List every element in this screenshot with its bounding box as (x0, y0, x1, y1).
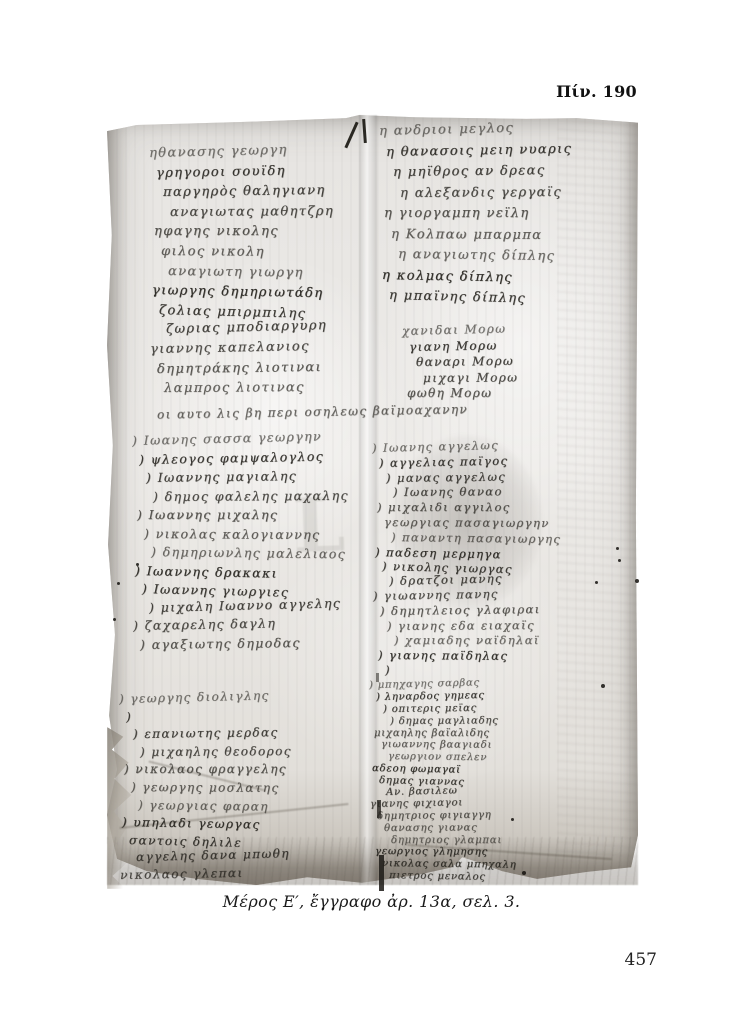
handwriting-line: λαμπρος λιοτινας (164, 381, 399, 395)
handwriting-block-left-top: ηθανασης γεωργηγρηγοροι σουϊδηπαργηρὸς θ… (149, 147, 399, 395)
handwriting-line: ) γεωργης μοσλατης (131, 781, 399, 795)
ink-speck (117, 582, 120, 585)
handwriting-line: θανασης γιανας (384, 822, 604, 833)
handwriting-line: ) γεωργιας φαραη (138, 799, 399, 814)
handwriting-line: δημητριος γλαμπαι (391, 836, 604, 846)
handwriting-line: η μηϊθρος αν δρεας (393, 163, 629, 179)
handwriting-line: φωθη Μορω (407, 387, 612, 399)
manuscript-scan: L ηθανασης γεωργηγρηγοροι σουϊδηπαργηρὸς… (107, 115, 638, 885)
handwriting-line: φιλος νικολη (161, 245, 399, 259)
handwriting-line: μιχαγι Μορω (423, 370, 612, 383)
handwriting-line: ) οπιτερις μεϊας (383, 702, 604, 715)
handwriting-block-left-list: ) Ιωανης σασσα γεωργην) ψλεογος φαμψαλογ… (132, 435, 402, 651)
plate-number: Πίν. 190 (0, 82, 637, 101)
handwriting-line: ) Ιωαννης δρακακι (135, 565, 402, 582)
handwriting-line: παργηρὸς θαληγιανη (163, 183, 399, 199)
handwriting-line: ) Ιωανης σασσα γεωργην (132, 428, 402, 447)
handwriting-line: ) δημηριωνλης μαλελιαος (151, 546, 402, 562)
handwriting-line: γεωργιας πασαγιωργην (384, 517, 612, 530)
ink-speck (635, 579, 639, 583)
handwriting-line: νικολαος γλεπαι (120, 864, 399, 881)
handwriting-line: γιανη Μορω (409, 337, 612, 353)
handwriting-line: ) μιχαηλης θεοδορος (140, 744, 399, 758)
handwriting-line: χανιδαι Μορω (402, 320, 612, 337)
handwriting-line: ) υπηλαδι γεωργας (122, 816, 399, 833)
page-number: 457 (0, 950, 657, 970)
handwriting-line: η Κολπαω μπαρμπα (391, 228, 629, 242)
handwriting-line: ) Ιωανης αγγελως (372, 437, 612, 454)
handwriting-block-right-bottom: ) μπηχαγης σαρβας) ληναρδος γημεας) οπιτ… (369, 681, 604, 881)
handwriting-line: ) μιχαλιδι αγγιλος (377, 502, 612, 514)
handwriting-line: ) Ιωαννης μιχαλης (137, 509, 402, 522)
handwriting-line: γιωαννης βααγιαδι (381, 740, 604, 751)
handwriting-line: αναγιωτας μαθητζρη (170, 204, 399, 218)
handwriting-block-right-top: η ανδριοι μεγλοςη θανασοις μειη νυαριςη … (379, 125, 629, 302)
handwriting-line: η γιοργαμπη νεϊλη (384, 207, 629, 220)
handwriting-line: ) γιανης παϊδηλας (378, 650, 612, 663)
handwriting-line: ) γιωαννης πανης (373, 587, 612, 603)
handwriting-line: ) δημος φαλελης μαχαλης (153, 489, 402, 503)
handwriting-line: γιωργης δημηριωτάδη (152, 284, 399, 302)
ink-speck (616, 547, 619, 550)
handwriting-line: η κολμας δίπλης (382, 269, 629, 287)
handwriting-line: ) αγαξιωτης δημοδας (140, 635, 402, 651)
handwriting-line: δημητριος φιγιαγγη (377, 809, 604, 822)
book-page: { "palette": { "page_bg": "#ffffff", "pa… (0, 0, 743, 1027)
handwriting-line: ) χαμιαδης ναϊδηλαϊ (394, 635, 612, 647)
handwriting-line: ηφαγης νικολης (154, 225, 399, 238)
ink-speck (618, 559, 621, 562)
handwriting-line: ζωριας μποδιαργυρη (166, 318, 399, 337)
handwriting-line: ) αγγελιας παϊγος (379, 454, 612, 470)
handwriting-line: η θανασοις μειη νυαρις (386, 141, 629, 158)
handwriting-line: ) Ιωαννης μαγιαλης (146, 469, 402, 485)
handwriting-line: γιαννης καπελανιος (150, 338, 399, 356)
handwriting-line: αναγιωτη γιωργη (168, 265, 399, 281)
handwriting-line: ) ληναρδος γημεας (376, 689, 604, 703)
handwriting-line: ) ζαχαρελης δαγλη (133, 615, 402, 632)
ink-speck (113, 618, 116, 621)
handwriting-line: γρηγοροι σουϊδη (156, 162, 399, 179)
handwriting-line: ) μανας αγγελως (386, 470, 612, 484)
handwriting-line: μιχαηλης βαϊαλιδης (374, 729, 604, 739)
handwriting-line: θαναρι Μορω (416, 354, 612, 368)
handwriting-line: ) Ιωανης θαναο (393, 486, 612, 499)
handwriting-line: ) γιανης εδα ειαχαϊς (387, 619, 612, 632)
handwriting-line: ) δρατζοι μανης (389, 571, 612, 588)
handwriting-line: ) παναντη πασαγιωργης (391, 532, 612, 546)
handwriting-line: ) ψλεογος φαμψαλογλος (139, 449, 402, 466)
handwriting-block-right-list: ) Ιωανης αγγελως) αγγελιας παϊγος) μανας… (372, 443, 612, 676)
handwriting-line: η αναγιωτης δίπλης (398, 248, 629, 264)
handwriting-line: ) μιχαλη Ιωαννο αγγελης (149, 595, 402, 614)
handwriting-line: ) (126, 706, 399, 723)
handwriting-line: η αλεξανδις γεργαϊς (400, 185, 629, 199)
handwriting-block-right-moro: χανιδαι Μορωγιανη Μορωθαναρι Μορωμιχαγι … (402, 325, 612, 399)
handwriting-block-left-bottom: ) γεωργης διολιγλης)) επανιωτης μερδας) … (119, 693, 399, 881)
handwriting-line: δημητράκης λιοτιναι (157, 360, 399, 376)
handwriting-line: ) νικολας καλογιαννης (144, 528, 402, 542)
handwriting-line: ) νικολαος φραγγελης (124, 763, 399, 775)
handwriting-line: ) δημητλειος γλαφιραι (380, 603, 612, 617)
handwriting-line: ) επανιωτης μερδας (133, 725, 399, 740)
handwriting-line: γεωργιος γλημησης (375, 847, 604, 858)
figure-caption: Μέρος Ε′, ἔγγραφο ἀρ. 13α, σελ. 3. (0, 892, 743, 911)
handwriting-line: γιανης φιχιαγοι (370, 796, 604, 810)
handwriting-line: ) δημας μαγλιαδης (390, 715, 604, 726)
